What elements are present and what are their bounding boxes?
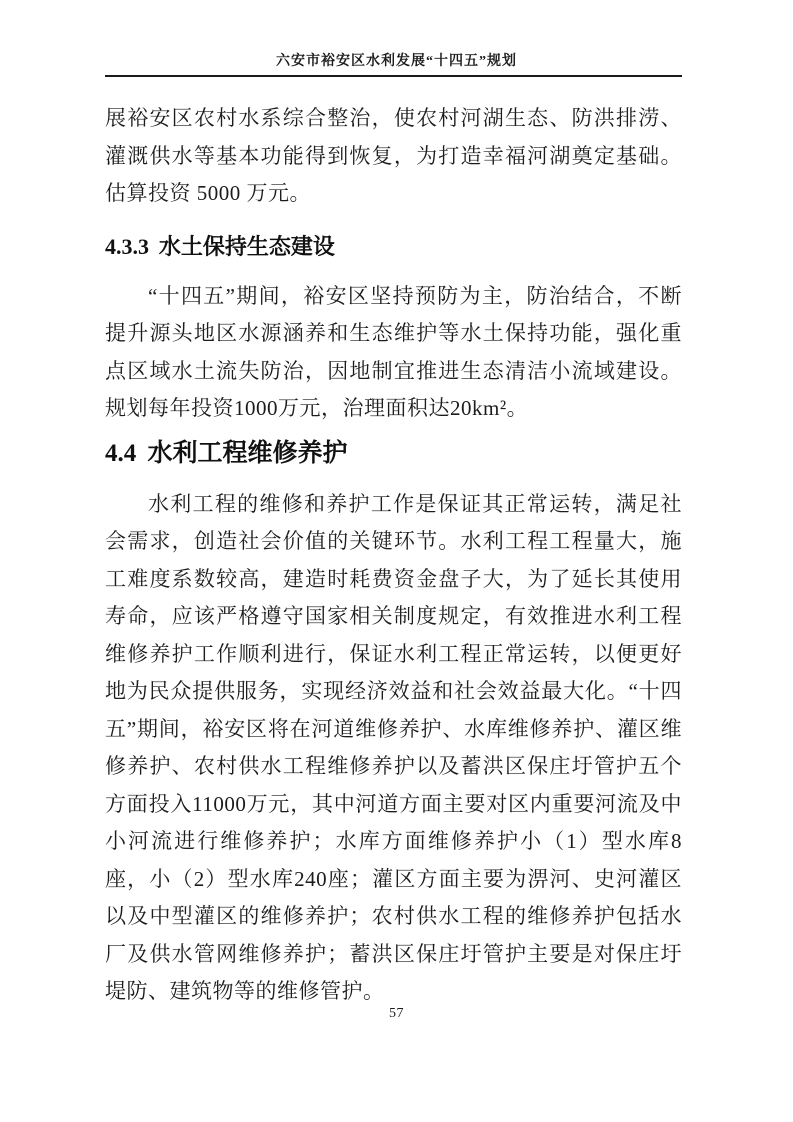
paragraph-water-system-continuation: 展裕安区农村水系综合整治，使农村河湖生态、防洪排涝、灌溉供水等基本功能得到恢复，… — [105, 100, 682, 213]
document-page: 六安市裕安区水利发展“十四五”规划 展裕安区农村水系综合整治，使农村河湖生态、防… — [0, 0, 793, 1122]
heading-4-4-title: 水利工程维修养护 — [148, 440, 348, 467]
heading-4-3-3-number: 4.3.3 — [105, 234, 149, 259]
header-rule — [105, 75, 682, 77]
paragraph-maintenance: 水利工程的维修和养护工作是保证其正常运转，满足社会需求，创造社会价值的关键环节。… — [105, 486, 682, 1011]
page-body: 展裕安区农村水系综合整治，使农村河湖生态、防洪排涝、灌溉供水等基本功能得到恢复，… — [0, 100, 793, 1011]
running-header: 六安市裕安区水利发展“十四五”规划 — [0, 0, 793, 77]
heading-4-3-3-title: 水土保持生态建设 — [159, 234, 335, 259]
page-number: 57 — [389, 1006, 404, 1021]
page-footer: 57 — [0, 1004, 793, 1022]
heading-4-4: 4.4水利工程维修养护 — [105, 437, 682, 471]
paragraph-soil-conservation: “十四五”期间，裕安区坚持预防为主，防治结合，不断提升源头地区水源涵养和生态维护… — [105, 278, 682, 428]
header-running-title: 六安市裕安区水利发展“十四五”规划 — [0, 52, 793, 72]
heading-4-4-number: 4.4 — [105, 440, 136, 467]
heading-4-3-3: 4.3.3水土保持生态建设 — [105, 232, 682, 262]
